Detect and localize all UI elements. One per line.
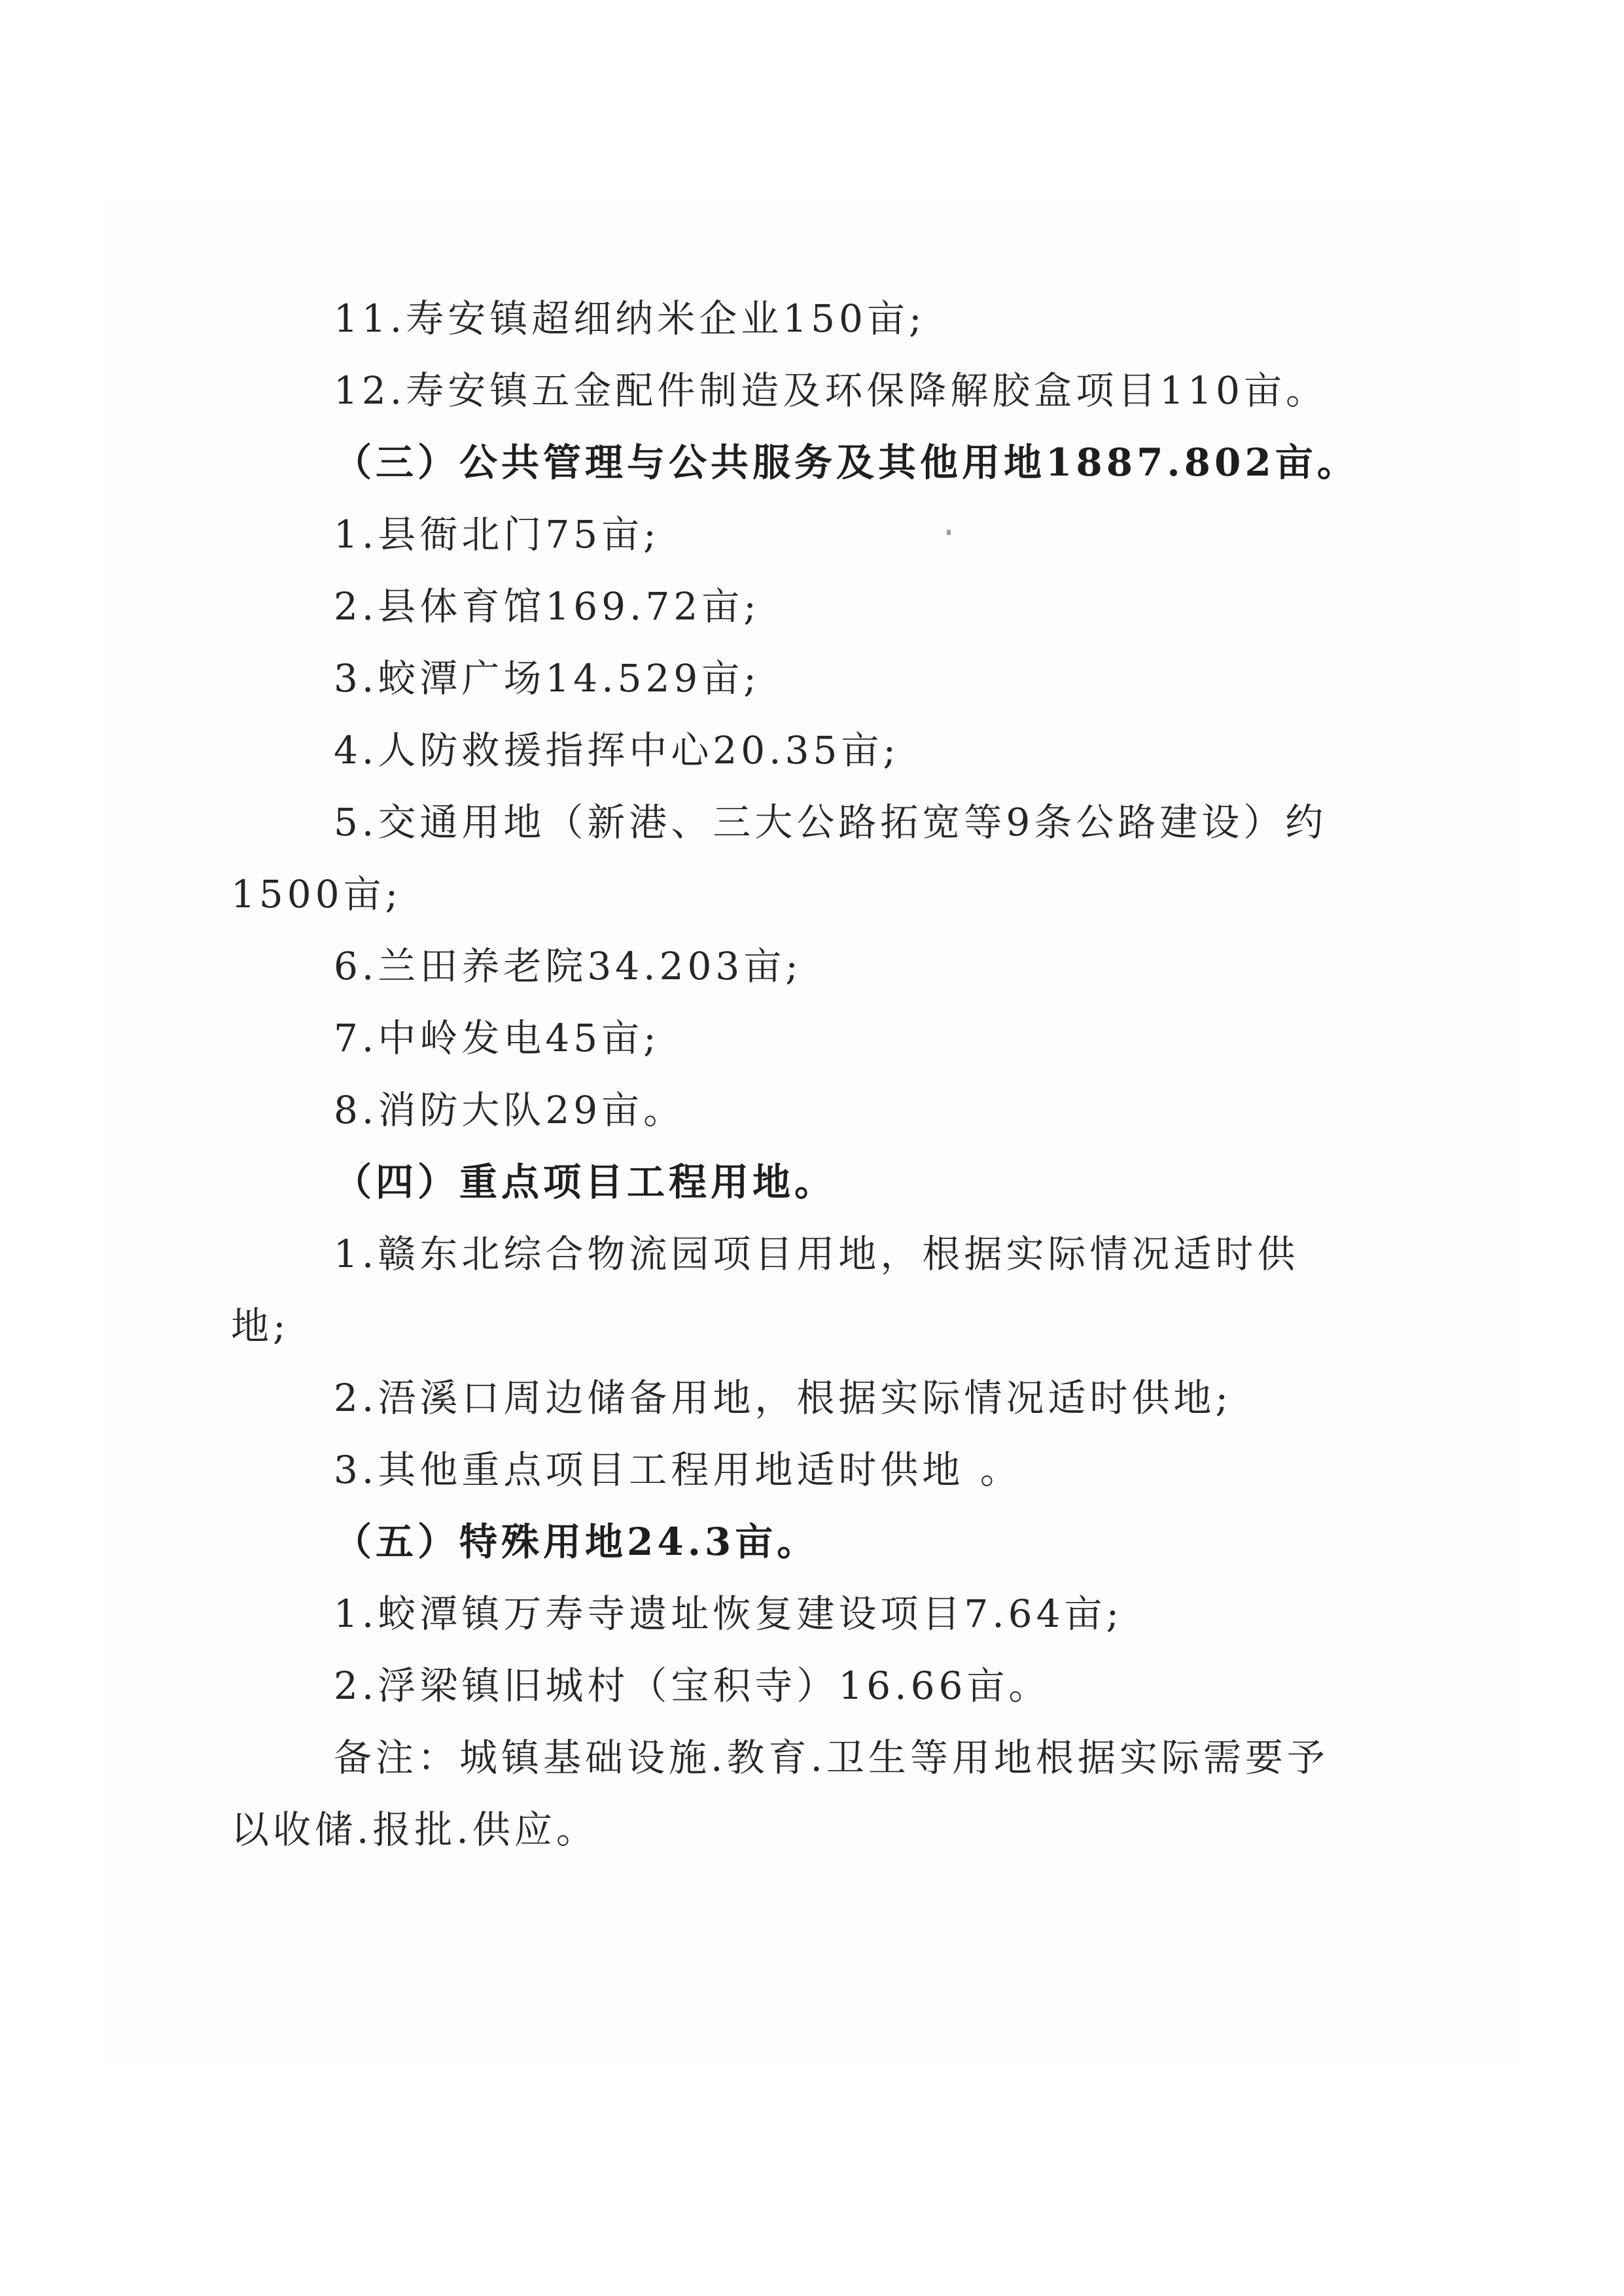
- list-item: 8.消防大队29亩。: [231, 1074, 1409, 1146]
- section-heading: （五）特殊用地24.3亩。: [231, 1506, 1409, 1578]
- section-heading: （四）重点项目工程用地。: [231, 1146, 1409, 1218]
- list-item: 2.浮梁镇旧城村（宝积寺）16.66亩。: [231, 1650, 1409, 1722]
- note-continuation: 以收储.报批.供应。: [231, 1794, 1409, 1866]
- document-body: 11.寿安镇超细纳米企业150亩; 12.寿安镇五金配件制造及环保降解胶盒项目1…: [231, 283, 1409, 1866]
- list-item: 12.寿安镇五金配件制造及环保降解胶盒项目110亩。: [231, 355, 1409, 426]
- list-item: 1.赣东北综合物流园项目用地，根据实际情况适时供: [231, 1218, 1409, 1290]
- section-heading: （三）公共管理与公共服务及其他用地1887.802亩。: [231, 426, 1409, 498]
- list-item-continuation: 1500亩;: [231, 858, 1409, 930]
- scan-artifact: [947, 530, 951, 535]
- list-item: 4.人防救援指挥中心20.35亩;: [231, 714, 1409, 786]
- list-item: 2.县体育馆169.72亩;: [231, 570, 1409, 642]
- list-item: 1.蛟潭镇万寿寺遗址恢复建设项目7.64亩;: [231, 1578, 1409, 1650]
- list-item: 1.县衙北门75亩;: [231, 498, 1409, 570]
- list-item: 7.中岭发电45亩;: [231, 1002, 1409, 1074]
- list-item-continuation: 地;: [231, 1290, 1409, 1362]
- list-item: 3.蛟潭广场14.529亩;: [231, 642, 1409, 714]
- list-item: 11.寿安镇超细纳米企业150亩;: [231, 283, 1409, 355]
- list-item: 2.浯溪口周边储备用地，根据实际情况适时供地;: [231, 1362, 1409, 1434]
- list-item: 6.兰田养老院34.203亩;: [231, 930, 1409, 1002]
- list-item: 3.其他重点项目工程用地适时供地 。: [231, 1434, 1409, 1506]
- note-paragraph: 备注：城镇基础设施.教育.卫生等用地根据实际需要予: [231, 1722, 1409, 1794]
- list-item: 5.交通用地（新港、三大公路拓宽等9条公路建设）约: [231, 786, 1409, 858]
